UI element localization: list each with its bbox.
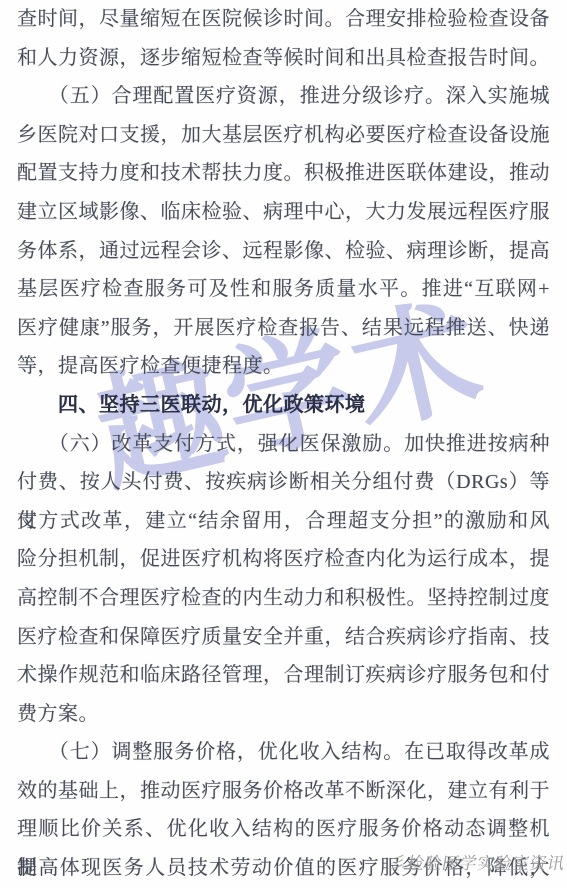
text-line: 付方式改革，建立“结余留用，合理超支分担”的激励和风: [17, 502, 550, 541]
text-line: 建立区域影像、临床检验、病理中心，大力发展远程医疗服: [17, 193, 550, 232]
text-line: （六）改革支付方式，强化医保激励。加快推进按病种: [17, 425, 550, 464]
text-line: 理顺比价关系、优化收入结构的医疗服务价格动态调整机制，: [17, 810, 550, 849]
text-line: 医疗检查和保障医疗质量安全并重，结合疾病诊疗指南、技: [17, 618, 550, 657]
text-line: 费方案。: [17, 695, 550, 734]
text-line: 和人力资源，逐步缩短检查等候时间和出具检查报告时间。: [17, 39, 550, 78]
corner-watermark-text: 检验医学实验室资讯: [406, 854, 567, 873]
corner-watermark: 彡检验医学实验室资讯: [386, 849, 567, 875]
text-line: 医疗健康”服务，开展医疗检查报告、结果远程推送、快递: [17, 309, 550, 348]
text-line: 务体系，通过远程会诊、远程影像、检验、病理诊断，提高: [17, 232, 550, 271]
text-line: （七）调整服务价格，优化收入结构。在已取得改革成: [17, 733, 550, 772]
text-line: 乡医院对口支援，加大基层医疗机构必要医疗检查设备设施: [17, 116, 550, 155]
document-body: 查时间，尽量缩短在医院候诊时间。合理安排检验检查设备和人力资源，逐步缩短检查等候…: [17, 0, 550, 888]
document-page: 趣学术 查时间，尽量缩短在医院候诊时间。合理安排检验检查设备和人力资源，逐步缩短…: [0, 0, 567, 888]
text-line: 高控制不合理医疗检查的内生动力和积极性。坚持控制过度: [17, 579, 550, 618]
text-line: 查时间，尽量缩短在医院候诊时间。合理安排检验检查设备: [17, 0, 550, 39]
text-line: 配置支持力度和技术帮扶力度。积极推进医联体建设，推动: [17, 154, 550, 193]
text-line: （五）合理配置医疗资源，推进分级诊疗。深入实施城: [17, 77, 550, 116]
section-heading: 四、坚持三医联动，优化政策环境: [17, 386, 550, 425]
text-line: 付费、按人头付费、按疾病诊断相关分组付费（DRGs）等支: [17, 463, 550, 502]
text-line: 术操作规范和临床路径管理，合理制订疾病诊疗服务包和付: [17, 656, 550, 695]
text-line: 效的基础上，推动医疗服务价格改革不断深化，建立有利于: [17, 772, 550, 811]
text-line: 基层医疗检查服务可及性和服务质量水平。推进“互联网+: [17, 270, 550, 309]
text-line: 等，提高医疗检查便捷程度。: [17, 347, 550, 386]
text-line: 险分担机制，促进医疗机构将医疗检查内化为运行成本，提: [17, 540, 550, 579]
